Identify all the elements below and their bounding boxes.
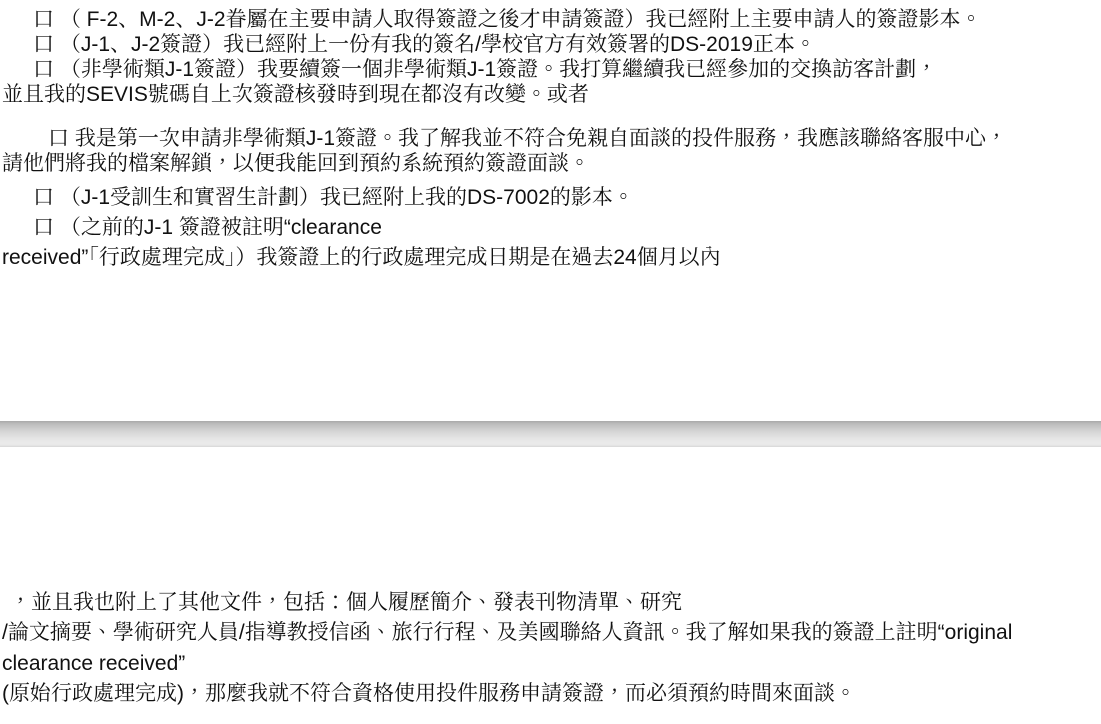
line-original-clearance-ineligible: (原始行政處理完成)，那麼我就不符合資格使用投件服務申請簽證，而必須預約時間來面… (2, 681, 856, 706)
checkbox-line-f2-m2-j2-dependents: 口 （ F-2、M-2、J-2眷屬在主要申請人取得簽證之後才申請簽證）我已經附上… (33, 7, 982, 32)
checkbox-line-j1-trainee-ds7002: 口 （J-1受訓生和實習生計劃）我已經附上我的DS-7002的影本。 (33, 185, 634, 210)
checkbox-line-first-time-nonacademic-j1: 口 我是第一次申請非學術類J-1簽證。我了解我並不符合免親自面談的投件服務，我應… (48, 126, 1007, 151)
checkbox-line-prior-j1-clearance: 口 （之前的J-1 簽證被註明“clearance (33, 215, 382, 240)
wrap-line-other-documents: ，並且我也附上了其他文件，包括：個人履歷簡介、發表刊物清單、研究 (10, 590, 682, 615)
line-clearance-received: clearance received” (2, 651, 185, 676)
wrap-line-unlock-file: 請他們將我的檔案解鎖，以便我能回到預約系統預約簽證面談。 (2, 151, 590, 176)
page-break-separator (0, 421, 1101, 447)
checkbox-line-nonacademic-j1-renewal: 口 （非學術類J-1簽證）我要續簽一個非學術類J-1簽證。我打算繼續我已經參加的… (33, 57, 937, 82)
checkbox-line-j1-j2-ds2019: 口 （J-1、J-2簽證）我已經附上一份有我的簽名/學校官方有效簽署的DS-20… (33, 32, 816, 57)
wrap-line-clearance-received-24-months: received”「行政處理完成」）我簽證上的行政處理完成日期是在過去24個月以… (2, 245, 721, 270)
wrap-line-sevis-unchanged: 並且我的SEVIS號碼自上次簽證核發時到現在都沒有改變。或者 (2, 82, 589, 107)
document-viewer: 口 （ F-2、M-2、J-2眷屬在主要申請人取得簽證之後才申請簽證）我已經附上… (0, 0, 1101, 724)
wrap-line-documents-list-original: /論文摘要、學術研究人員/指導教授信函、旅行行程、及美國聯絡人資訊。我了解如果我… (2, 620, 1012, 645)
